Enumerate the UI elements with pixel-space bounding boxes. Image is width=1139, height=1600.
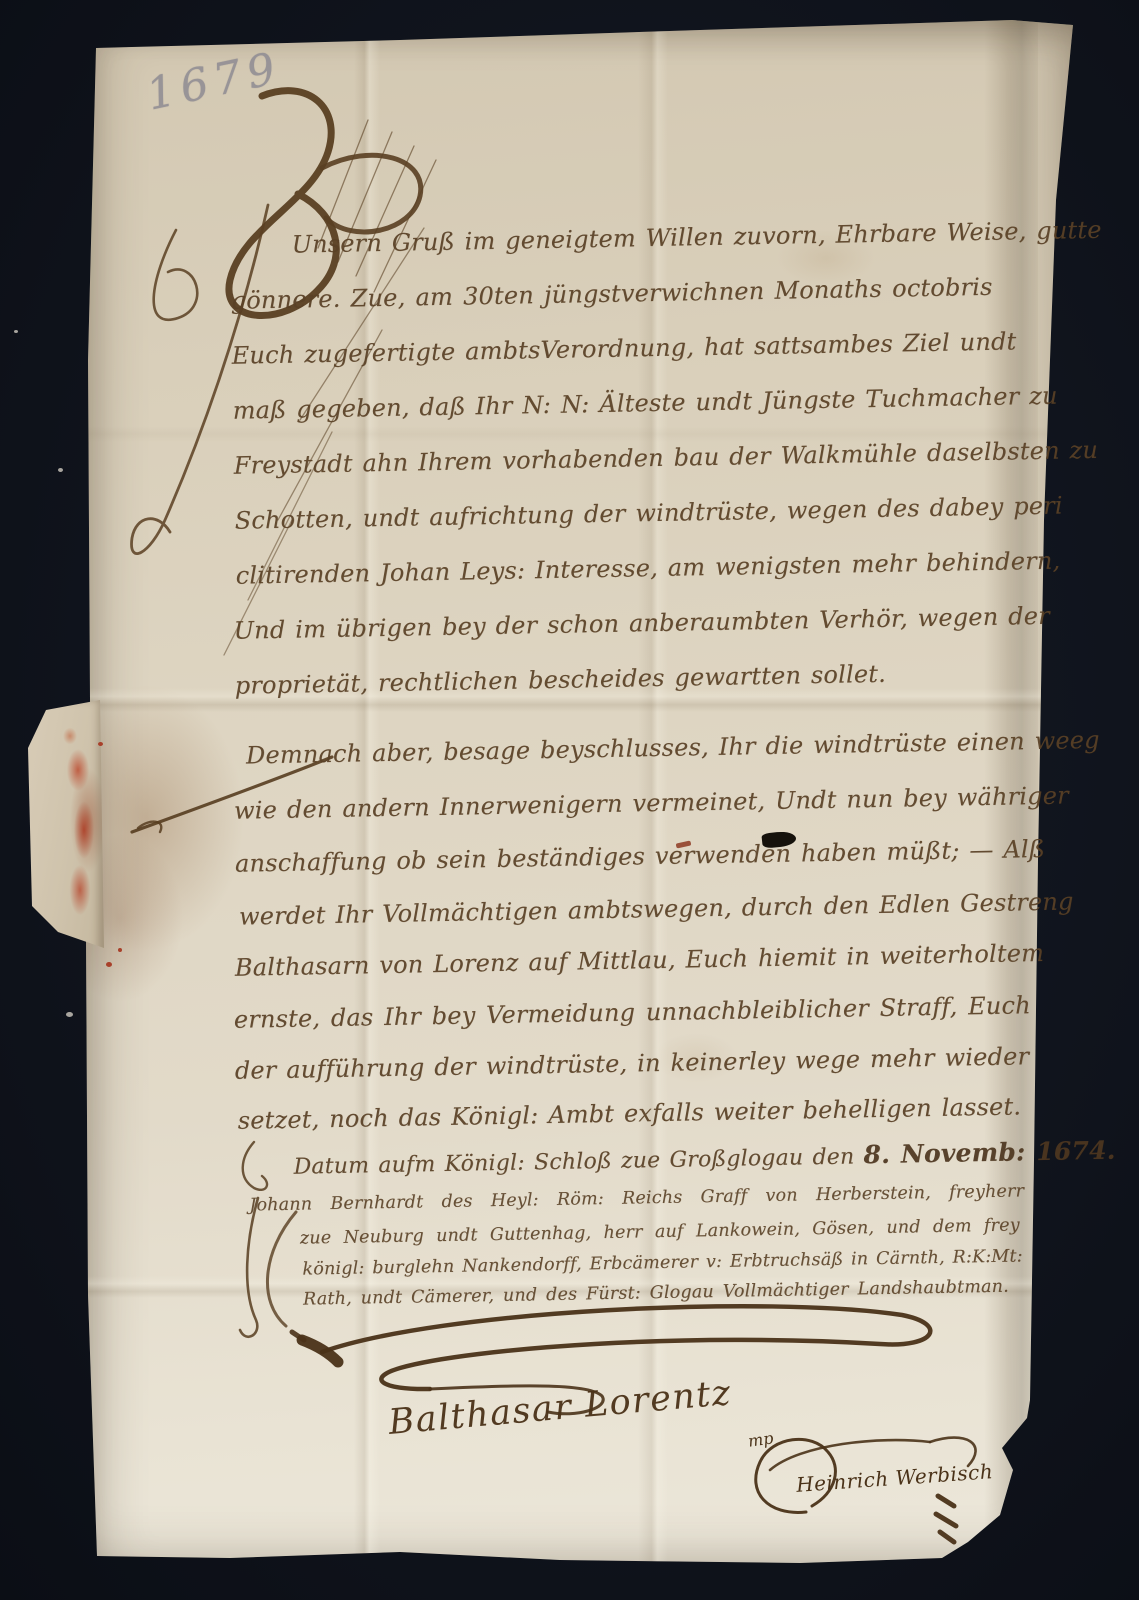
- titulature-line: Johann Bernhardt des Heyl: Röm: Reichs G…: [249, 1181, 1024, 1215]
- body-line: maß gegeben, daß Ihr N: N: Älteste undt …: [232, 383, 1004, 425]
- body-line: setzet, noch das Königl: Ambt exfalls we…: [237, 1092, 1017, 1134]
- manu-propria-mark: mp: [747, 1428, 775, 1450]
- date-line-place: Datum aufm Königl: Schloß zue Großglogau…: [293, 1144, 863, 1179]
- body-line: werdet Ihr Vollmächtigen ambtswegen, dur…: [239, 888, 1034, 931]
- titulature-line: Rath, undt Cämerer, und des Fürst: Gloga…: [303, 1277, 1009, 1310]
- body-line: ernste, das Ihr bey Vermeidung unnachble…: [234, 991, 1031, 1034]
- body-line: Unsern Gruß im geneigtem Willen zuvorn, …: [291, 217, 1026, 258]
- body-line: Demnach aber, besage beyschlusses, Ihr d…: [246, 727, 1031, 769]
- date-line: Datum aufm Königl: Schloß zue Großglogau…: [293, 1136, 1116, 1180]
- cloth-lint: [14, 330, 18, 333]
- body-line: gönnere. Zue, am 30ten jüngstverwichnen …: [230, 273, 992, 315]
- cloth-lint: [58, 468, 63, 472]
- cloth-lint: [66, 1012, 73, 1017]
- titulature-line: königl: burglehn Nankendorff, Erbcämerer…: [302, 1246, 1022, 1279]
- body-line: der aufführung der windtrüste, in keiner…: [235, 1042, 1029, 1085]
- body-line: Und im übrigen bey der schon anberaumbte…: [233, 603, 1008, 645]
- body-line: Euch zugefertigte ambtsVerordnung, hat s…: [231, 328, 993, 370]
- body-line: wie den andern Innerwenigern vermeinet, …: [234, 783, 1007, 825]
- body-line: Balthasarn von Lorenz auf Mittlau, Euch …: [235, 939, 1025, 981]
- body-line: Freystadt ahn Ihrem vorhabenden bau der …: [233, 437, 1010, 479]
- photo-stage: 1679: [0, 0, 1139, 1600]
- letter-body: Unsern Gruß im geneigtem Willen zuvorn, …: [0, 0, 1139, 1600]
- titulature-line: zue Neuburg undt Guttenhag, herr auf Lan…: [300, 1215, 1020, 1248]
- body-line: proprietät, rechtlichen bescheides gewar…: [234, 660, 886, 700]
- body-line: anschaffung ob sein beständiges verwende…: [235, 835, 1023, 877]
- date-line-date: 8. Novemb: 1674.: [863, 1136, 1116, 1170]
- body-line: Schotten, undt aufrichtung der windtrüst…: [234, 492, 1016, 534]
- body-line: clitirenden Johan Leys: Interesse, am we…: [235, 547, 1012, 589]
